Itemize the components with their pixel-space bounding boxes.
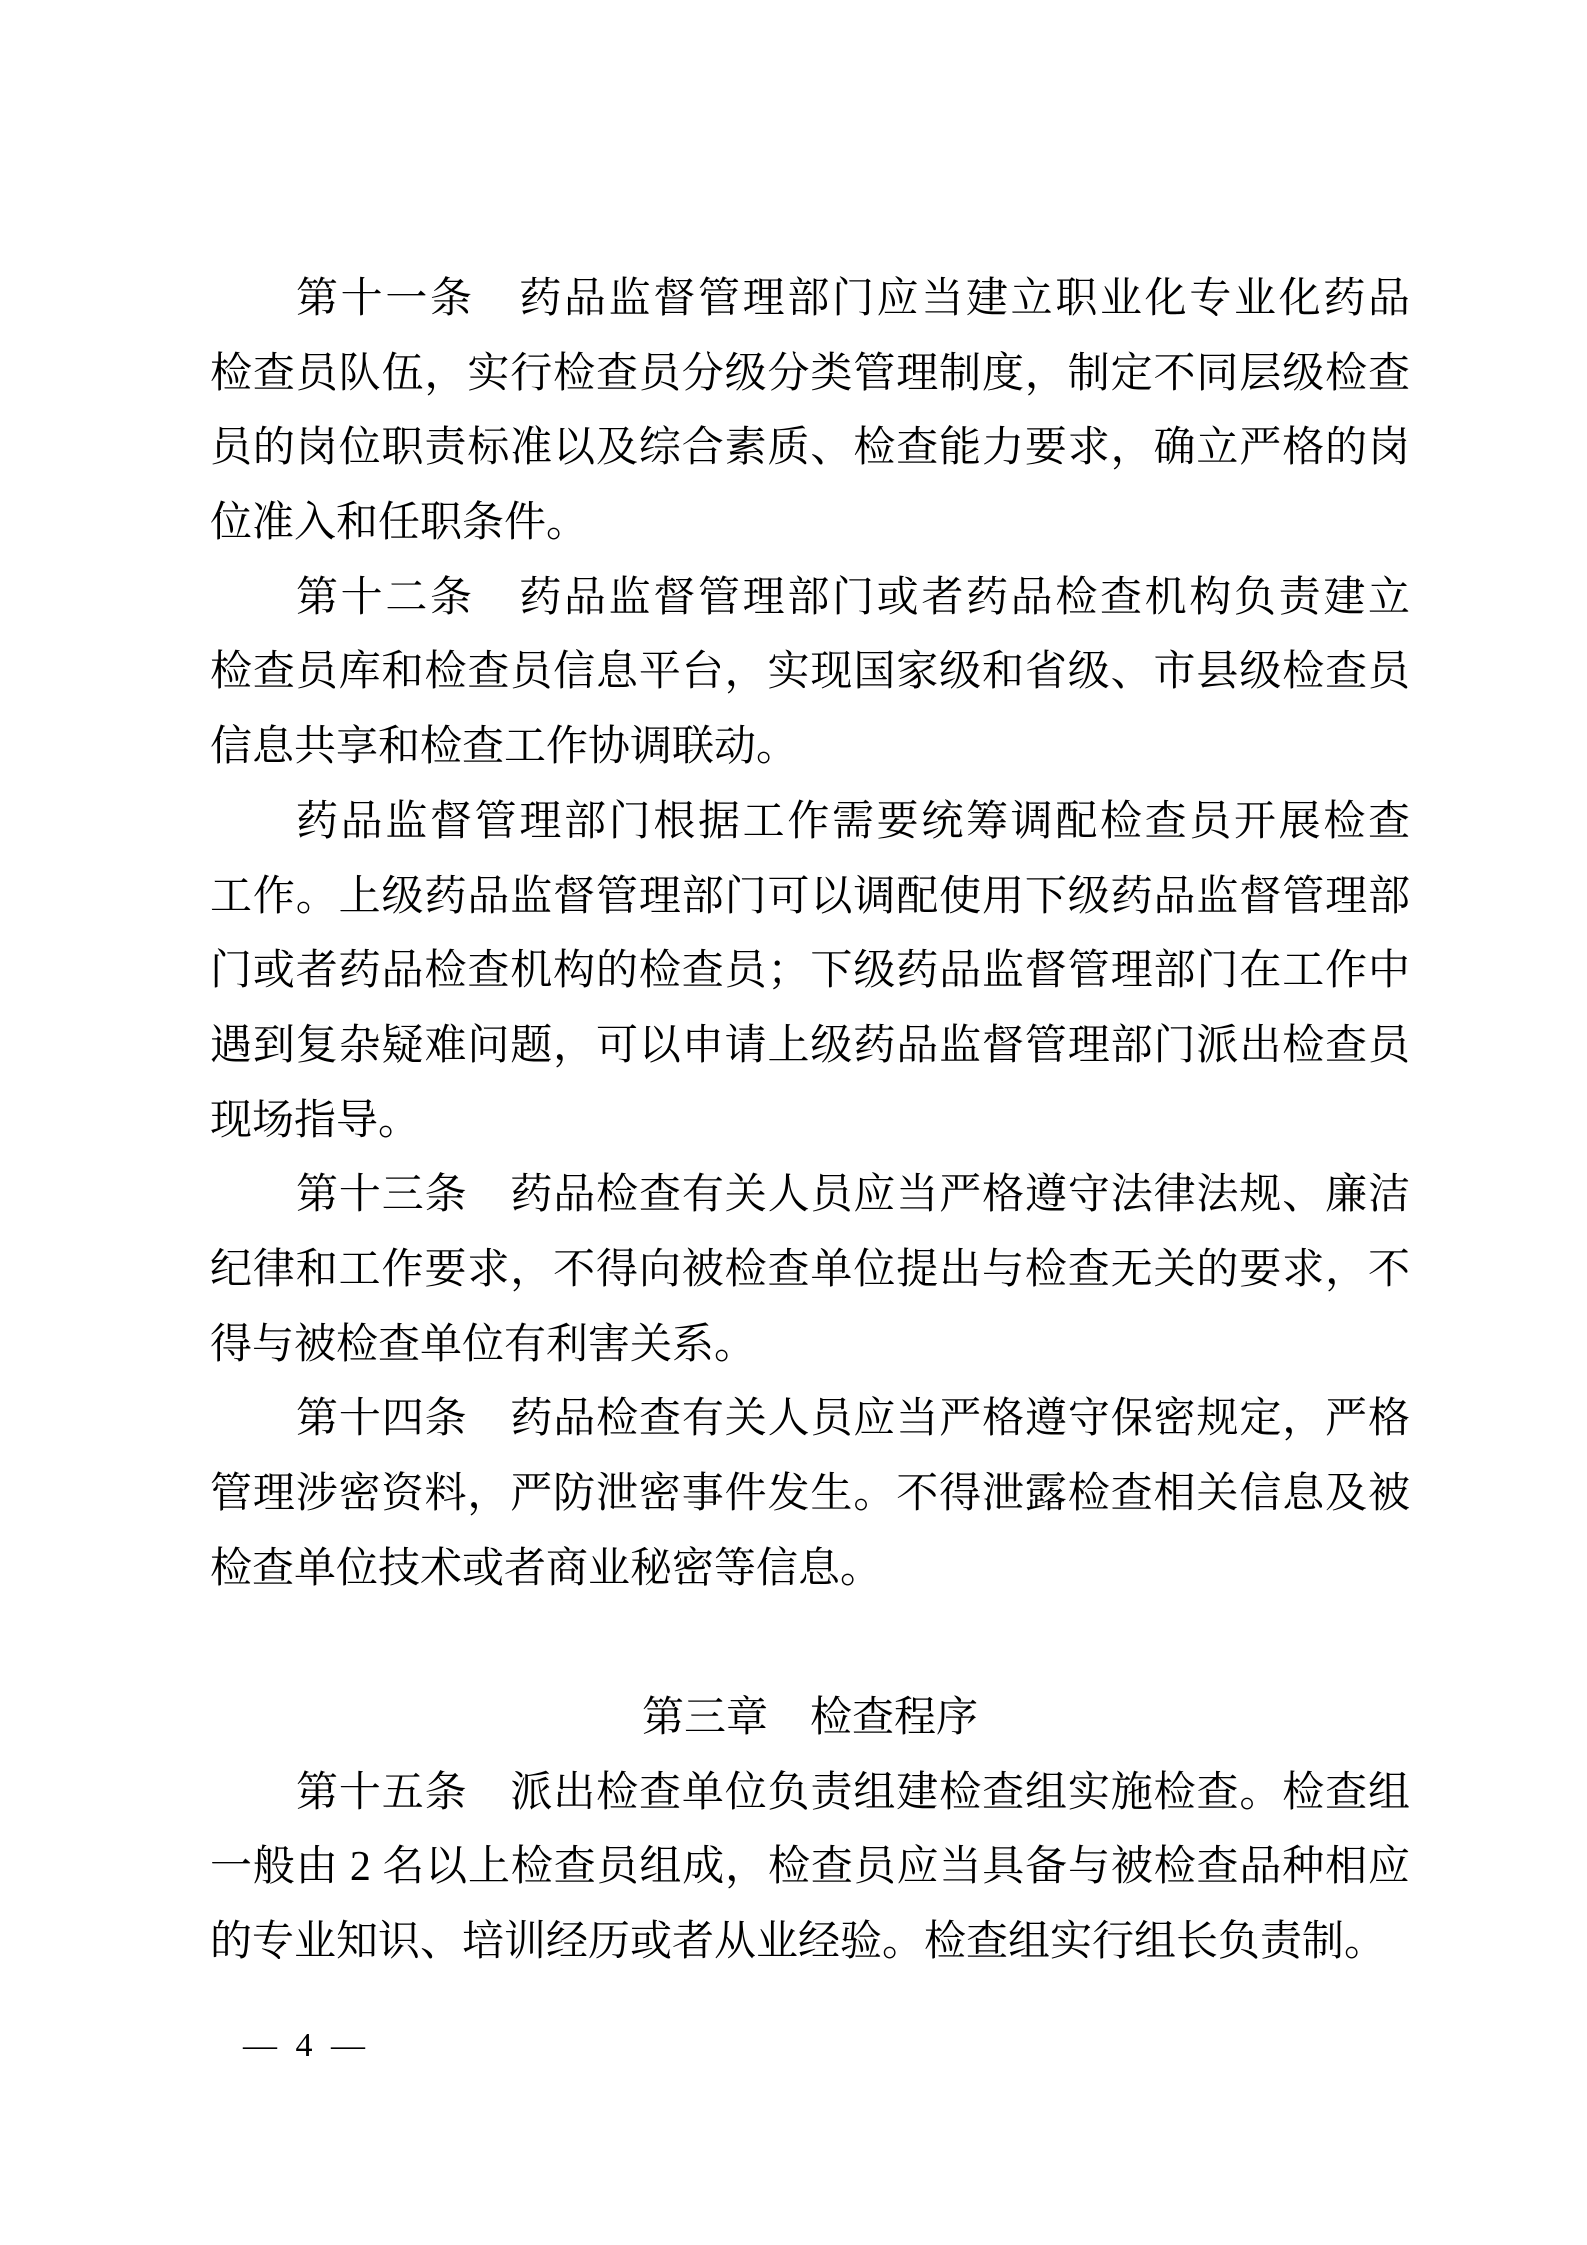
text-line: 员的岗位职责标准以及综合素质、检查能力要求，确立严格的岗 bbox=[210, 411, 1410, 486]
page-number: — 4 — bbox=[243, 2026, 365, 2066]
document-page: 第十一条 药品监督管理部门应当建立职业化专业化药品检查员队伍，实行检查员分级分类… bbox=[0, 0, 1587, 2245]
text-line: 信息共享和检查工作协调联动。 bbox=[210, 710, 1410, 785]
text-line: 第十二条 药品监督管理部门或者药品检查机构负责建立 bbox=[210, 561, 1410, 636]
text-line: 的专业知识、培训经历或者从业经验。检查组实行组长负责制。 bbox=[210, 1905, 1410, 1980]
text-line: 工作。上级药品监督管理部门可以调配使用下级药品监督管理部 bbox=[210, 860, 1410, 935]
text-line: 第十一条 药品监督管理部门应当建立职业化专业化药品 bbox=[210, 262, 1410, 337]
text-line: 第十三条 药品检查有关人员应当严格遵守法律法规、廉洁 bbox=[210, 1158, 1410, 1233]
text-line: 门或者药品检查机构的检查员；下级药品监督管理部门在工作中 bbox=[210, 934, 1410, 1009]
text-line: 检查单位技术或者商业秘密等信息。 bbox=[210, 1532, 1410, 1607]
content-column: 第十一条 药品监督管理部门应当建立职业化专业化药品检查员队伍，实行检查员分级分类… bbox=[210, 262, 1410, 1980]
text-line: 检查员库和检查员信息平台，实现国家级和省级、市县级检查员 bbox=[210, 635, 1410, 710]
chapter-heading: 第三章 检查程序 bbox=[210, 1681, 1410, 1756]
text-line: 得与被检查单位有利害关系。 bbox=[210, 1308, 1410, 1383]
spacer-line bbox=[210, 1606, 1410, 1681]
text-line: 一般由 2 名以上检查员组成，检查员应当具备与被检查品种相应 bbox=[210, 1830, 1410, 1905]
text-line: 检查员队伍，实行检查员分级分类管理制度，制定不同层级检查 bbox=[210, 337, 1410, 412]
text-line: 位准入和任职条件。 bbox=[210, 486, 1410, 561]
text-line: 纪律和工作要求，不得向被检查单位提出与检查无关的要求，不 bbox=[210, 1233, 1410, 1308]
text-line: 第十四条 药品检查有关人员应当严格遵守保密规定，严格 bbox=[210, 1382, 1410, 1457]
text-line: 遇到复杂疑难问题，可以申请上级药品监督管理部门派出检查员 bbox=[210, 1009, 1410, 1084]
text-line: 药品监督管理部门根据工作需要统筹调配检查员开展检查 bbox=[210, 785, 1410, 860]
text-line: 现场指导。 bbox=[210, 1084, 1410, 1159]
text-line: 管理涉密资料，严防泄密事件发生。不得泄露检查相关信息及被 bbox=[210, 1457, 1410, 1532]
text-line: 第十五条 派出检查单位负责组建检查组实施检查。检查组 bbox=[210, 1756, 1410, 1831]
